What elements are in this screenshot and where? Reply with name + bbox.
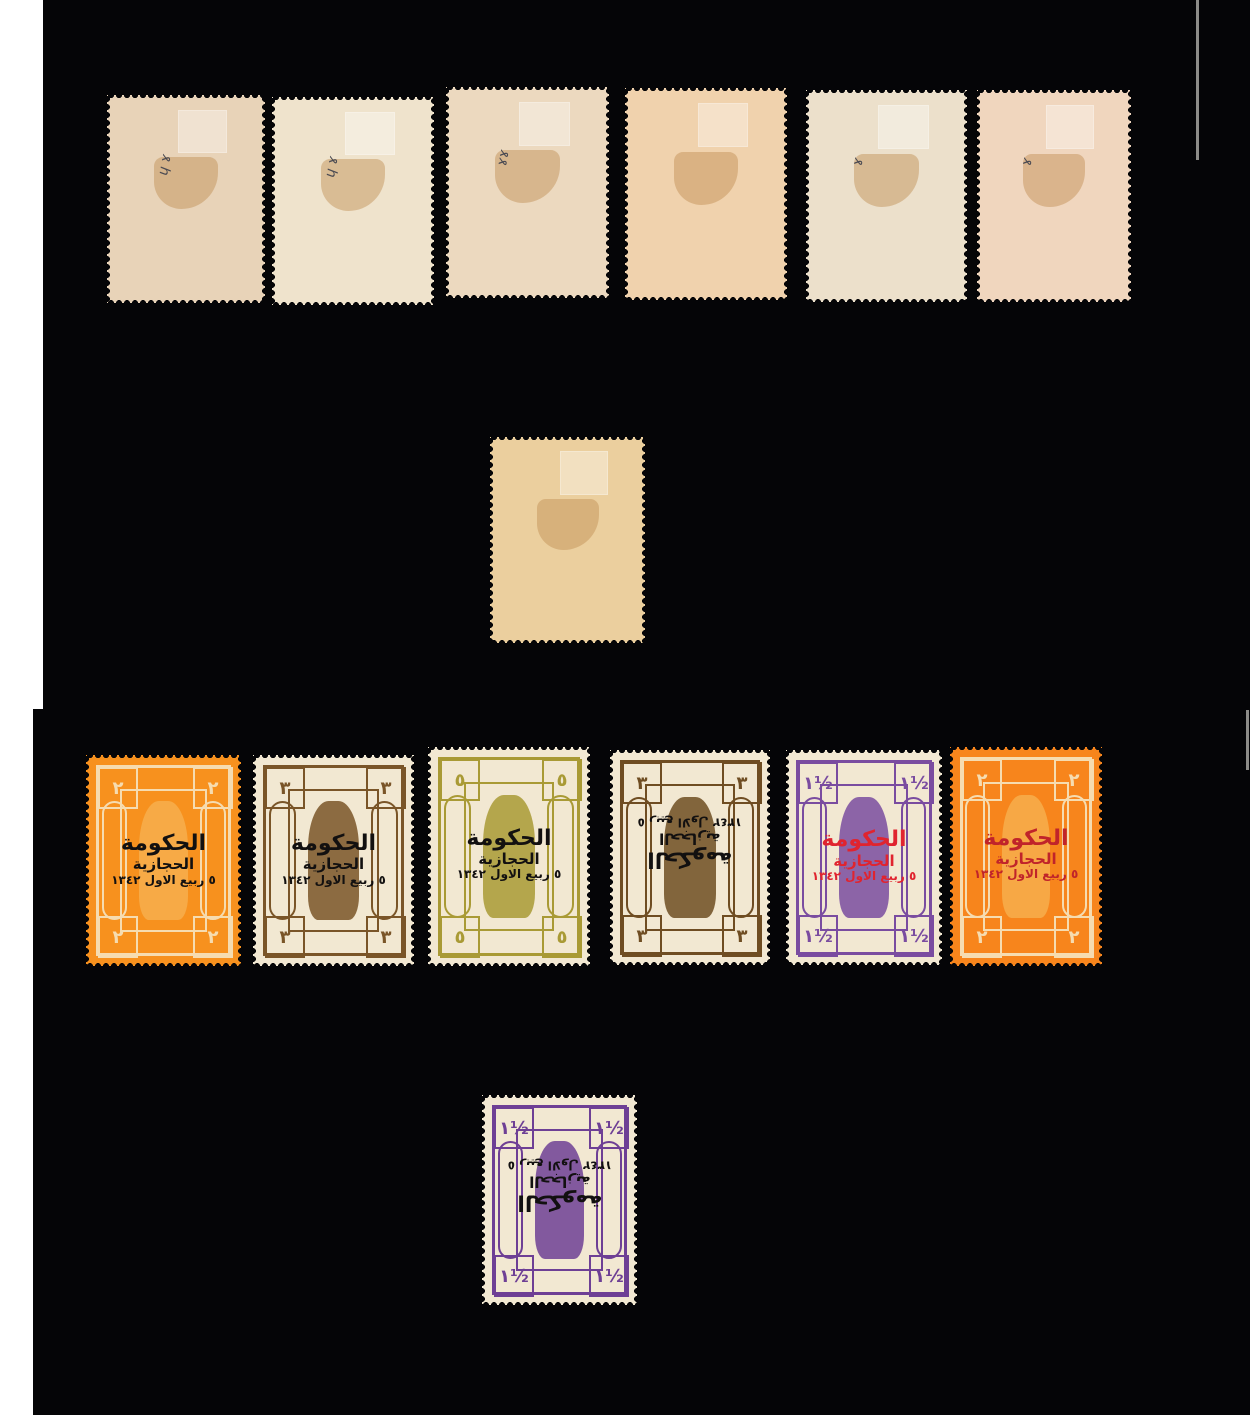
stamp-back: ɥ ɤ — [272, 97, 434, 305]
overprint: الحكومةالحجازية٥ ربيع الاول ١٣٤٢ — [105, 831, 223, 887]
stamp-front: ١½١½١½١½الحكومةالحجازية٥ ربيع الاول ١٣٤٢ — [786, 750, 942, 965]
overprint-line: الحكومة — [105, 831, 223, 856]
overprint-line: ٥ ربيع الاول ١٣٤٢ — [501, 1158, 619, 1172]
overprint: الحكومةالحجازية٥ ربيع الاول ١٣٤٢ — [805, 827, 924, 883]
pencil-note: ɤɤ — [494, 149, 513, 168]
page-edge-strip — [1246, 710, 1249, 770]
overprint: الحكومةالحجازية٥ ربيع الاول ١٣٤٢ — [447, 826, 570, 882]
stamp-front: ٣٣٣٣الحكومةالحجازية٥ ربيع الاول ١٣٤٢ — [610, 750, 770, 965]
gum-stain — [537, 499, 599, 551]
overprint-line: الحكومة — [501, 1189, 619, 1214]
overprint-line: الحجازية — [629, 828, 751, 845]
overprint-line: الحجازية — [105, 856, 223, 873]
overprint: الحكومةالحجازية٥ ربيع الاول ١٣٤٢ — [629, 815, 751, 871]
stamp-front: ٢٢٢٢الحكومةالحجازية٥ ربيع الاول ١٣٤٢ — [86, 755, 241, 966]
stamp-back: ɤ — [977, 90, 1131, 302]
page-edge-strip — [1196, 0, 1199, 160]
overprint-line: الحجازية — [968, 851, 1084, 868]
overprint-line: الحكومة — [968, 826, 1084, 851]
pencil-note: ɥ ɤ — [322, 155, 342, 179]
overprint-line: الحجازية — [447, 851, 570, 868]
hinge-mark — [878, 105, 928, 149]
overprint-line: الحكومة — [272, 831, 394, 856]
overprint-line: ٥ ربيع الاول ١٣٤٢ — [272, 874, 394, 888]
stamp-back — [490, 437, 645, 643]
hinge-mark — [1046, 105, 1094, 149]
overprint-line: الحجازية — [501, 1172, 619, 1189]
hinge-mark — [698, 103, 749, 147]
overprint: الحكومةالحجازية٥ ربيع الاول ١٣٤٢ — [272, 831, 394, 887]
stamp-front: ٢٢٢٢الحكومةالحجازية٥ ربيع الاول ١٣٤٢ — [950, 747, 1102, 966]
stamp-front: ٣٣٣٣الحكومةالحجازية٥ ربيع الاول ١٣٤٢ — [253, 755, 414, 966]
stamp-back — [625, 88, 787, 300]
overprint: الحكومةالحجازية٥ ربيع الاول ١٣٤٢ — [501, 1158, 619, 1214]
hinge-mark — [519, 102, 570, 146]
overprint-line: ٥ ربيع الاول ١٣٤٢ — [805, 870, 924, 884]
overprint-line: ٥ ربيع الاول ١٣٤٢ — [629, 815, 751, 829]
hinge-mark — [178, 110, 227, 154]
overprint-line: الحجازية — [272, 856, 394, 873]
overprint-line: الحكومة — [629, 846, 751, 871]
hinge-mark — [560, 451, 609, 494]
gum-stain — [674, 152, 739, 205]
overprint-line: الحكومة — [805, 827, 924, 852]
overprint-line: ٥ ربيع الاول ١٣٤٢ — [105, 874, 223, 888]
stamp-back: ɤɤ — [446, 87, 609, 298]
overprint-line: الحكومة — [447, 826, 570, 851]
stamp-front: ٥٥٥٥الحكومةالحجازية٥ ربيع الاول ١٣٤٢ — [428, 747, 590, 966]
overprint-line: ٥ ربيع الاول ١٣٤٢ — [447, 868, 570, 882]
hinge-mark — [345, 112, 396, 156]
overprint: الحكومةالحجازية٥ ربيع الاول ١٣٤٢ — [968, 826, 1084, 882]
stamp-front: ١½١½١½١½الحكومةالحجازية٥ ربيع الاول ١٣٤٢ — [482, 1095, 637, 1305]
overprint-line: ٥ ربيع الاول ١٣٤٢ — [968, 868, 1084, 882]
stamp-back: ɤ — [806, 90, 967, 302]
stamp-back: ɥ ɤ — [107, 95, 265, 303]
overprint-line: الحجازية — [805, 853, 924, 870]
